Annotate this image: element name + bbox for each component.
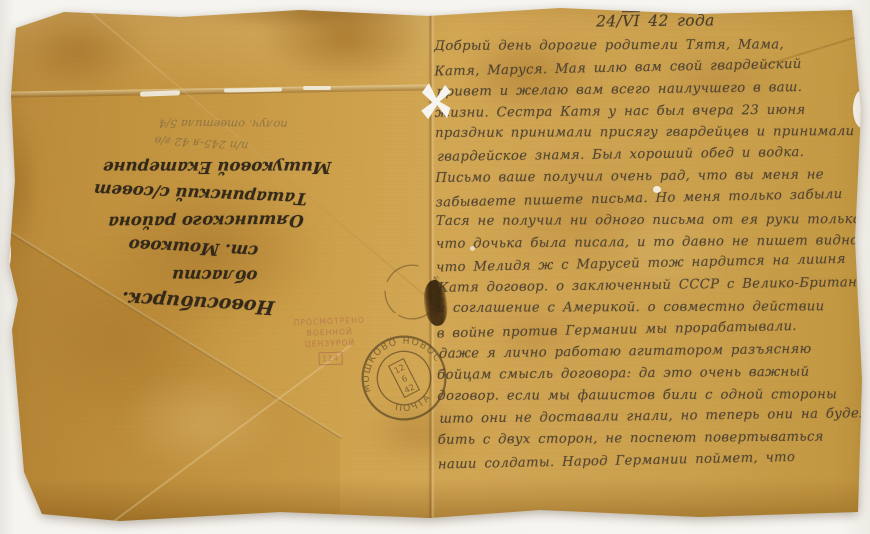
edge-notch	[0, 230, 11, 276]
postmark-date-month: 6	[400, 373, 409, 384]
date-year: 42 года	[640, 11, 715, 30]
letter-body: 24/VI 42 года Добрый день дорогие родите…	[434, 10, 866, 477]
address-block: Новосибирск. области ст. Мошково Ояшинск…	[45, 78, 371, 319]
scanned-letter: ПРОСМОТРЕНО ВОЕННОЙ ЦЕНЗУРОЙ 124 МОШКОВО…	[0, 0, 870, 534]
date-month-roman: VI	[622, 12, 640, 30]
letter-line: Тася не получил ни одного письма от ея р…	[436, 212, 864, 236]
letter-date: 24/VI 42 года	[434, 10, 862, 40]
pencil-note: получ. ответила 5/4	[70, 113, 376, 136]
censor-stamp-number: 124	[319, 352, 343, 366]
letter-scan: { "letter": { "date_day": "24/", "date_m…	[0, 0, 870, 534]
letter-paper: ПРОСМОТРЕНО ВОЕННОЙ ЦЕНЗУРОЙ 124 МОШКОВО…	[0, 0, 870, 534]
date-day: 24/	[596, 12, 622, 30]
